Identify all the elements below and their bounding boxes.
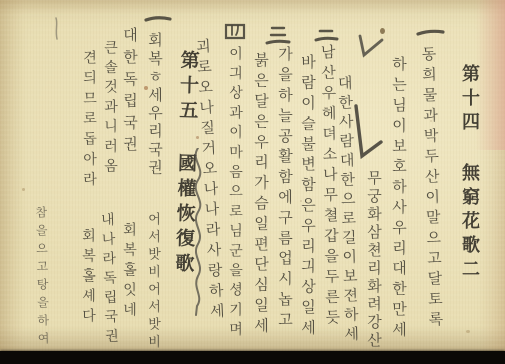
song14-refrain-line1: 무궁화삼쳔리화려강산	[366, 170, 381, 350]
paper-page: 第十四 無窮花歌二 동희물과박두산이말으고달토록 하는님이보호하사우리대한만세 …	[0, 0, 505, 351]
age-spot	[144, 86, 148, 90]
stray-pen-mark-icon	[53, 17, 61, 41]
song14-verse2-line2: 바람이슬불변함은우리긔상일세	[300, 54, 315, 340]
song15-col1-top: 회복ㅎ세우리국권	[147, 32, 162, 178]
song14-verse1-line2: 하는님이보호하사우리대한만세	[391, 56, 406, 342]
verse1-marker-icon	[416, 26, 446, 38]
age-spot	[430, 120, 432, 122]
refrain-check-small-icon	[356, 34, 384, 60]
age-spot	[300, 200, 302, 202]
song15-col2-top: 대한독립국권	[122, 27, 137, 158]
age-spot	[380, 28, 385, 34]
age-spot	[196, 136, 199, 139]
song14-verse2-line1: 남산우헤뎌소나무쳘갑을두른듯	[320, 44, 340, 330]
song14-verse3-line2: 붉은달은우리가슴일편단심일세	[253, 52, 268, 338]
song15-col3-top: 큰솔것과니러옴	[103, 40, 117, 178]
song15-col1-bottom: 어서밧비어서밧비	[146, 212, 159, 352]
scanned-document-image: 第十四 無窮花歌二 동희물과박두산이말으고달토록 하는님이보호하사우리대한만세 …	[0, 0, 505, 364]
age-spot	[22, 188, 25, 191]
song15-col2-bottom: 회복홀잇네	[122, 222, 136, 322]
age-spot	[466, 330, 470, 333]
song15-verse1-marker-icon	[144, 13, 172, 25]
scan-bottom-band	[0, 351, 505, 364]
song14-verse3-line1: 가을하늘공활함에구름업시놉고	[277, 46, 292, 332]
song14-verse1-line1: 동희물과박두산이말으고달토록	[420, 46, 442, 332]
song15-col4-bottom: 회복홀셰다	[81, 228, 95, 328]
song15-col3-bottom: 내나라독립국권	[100, 212, 119, 348]
song14-title: 第十四 無窮花歌二	[460, 64, 478, 283]
song15-col4-top: 견듸므로돕아라	[82, 50, 96, 192]
correction-scribble-icon	[188, 148, 208, 316]
song14-verse4-line1: 이긔상과이마음으로님군을셩기며	[228, 46, 242, 342]
verse3-marker-icon	[264, 24, 291, 46]
verse4-marker-icon	[222, 22, 248, 42]
margin-note: 참을으고탕을하여	[35, 206, 50, 350]
verse2-marker-icon	[313, 27, 339, 45]
